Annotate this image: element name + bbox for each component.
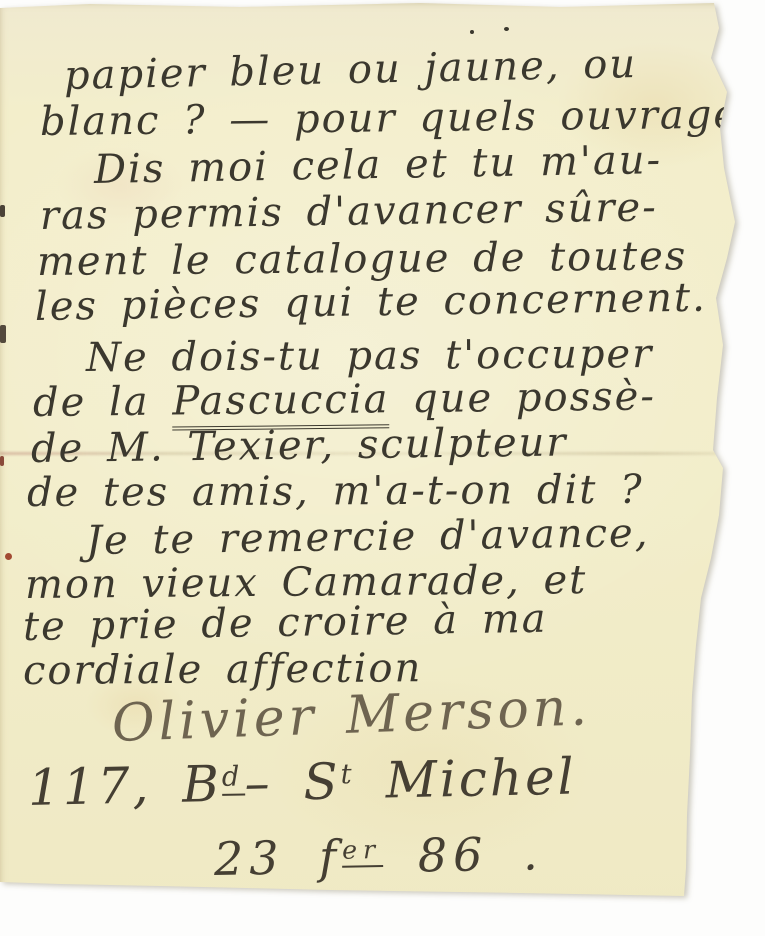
- date-line: 23 fer 86 .: [214, 830, 544, 882]
- letter-line-10: de tes amis, m'a-t-on dit ?: [27, 470, 644, 513]
- letter-scan: papier bleu ou jaune, ou blanc ? — pour …: [0, 0, 765, 936]
- letter-line-5: ment le catalogue de toutes: [37, 236, 688, 282]
- date-year: 86: [383, 827, 489, 883]
- address-superscript-d: d: [221, 760, 244, 795]
- letter-line-3: Dis moi cela et tu m'au-: [94, 140, 663, 190]
- paper-speck: [0, 205, 5, 217]
- pascuccia-post-text: que possè-: [389, 373, 656, 422]
- paper-shadow-wrap: papier bleu ou jaune, ou blanc ? — pour …: [0, 0, 765, 936]
- address-street: Michel: [354, 748, 577, 811]
- ink-dot: [504, 27, 509, 31]
- letter-line-8-pascuccia: de la Pascuccia que possè-: [33, 376, 656, 423]
- paper-speck: [0, 456, 4, 466]
- letter-line-13: te prie de croire à ma: [23, 599, 548, 647]
- address-number: 117, B: [27, 755, 222, 817]
- pascuccia-pre-text: de la: [33, 379, 173, 426]
- address-dash-s: – S: [244, 752, 341, 812]
- date-period: .: [488, 826, 544, 881]
- letter-line-11: Je te remercie d'avance,: [86, 513, 650, 561]
- letter-paper: papier bleu ou jaune, ou blanc ? — pour …: [0, 0, 765, 936]
- letter-line-6: les pièces qui te concernent.: [35, 278, 707, 327]
- letter-line-1: papier bleu ou jaune, ou: [64, 44, 638, 96]
- letter-line-4: ras permis d'avancer sûre-: [40, 187, 658, 236]
- address-line: 117, Bd– St Michel: [27, 752, 577, 813]
- paper-speck: [5, 553, 12, 560]
- letter-line-2: blanc ? — pour quels ouvrages ?: [40, 94, 765, 142]
- address-superscript-t: t: [340, 758, 355, 790]
- paper-speck: [0, 325, 6, 343]
- letter-line-7: Ne dois-tu pas t'occuper: [86, 334, 654, 378]
- letter-line-9: de M. Texier, sculpteur: [31, 422, 568, 469]
- date-superscript-er: er: [342, 835, 384, 868]
- signature: Olivier Merson.: [111, 681, 591, 750]
- date-day-month: 23 f: [214, 830, 343, 886]
- ink-dot: [470, 30, 474, 34]
